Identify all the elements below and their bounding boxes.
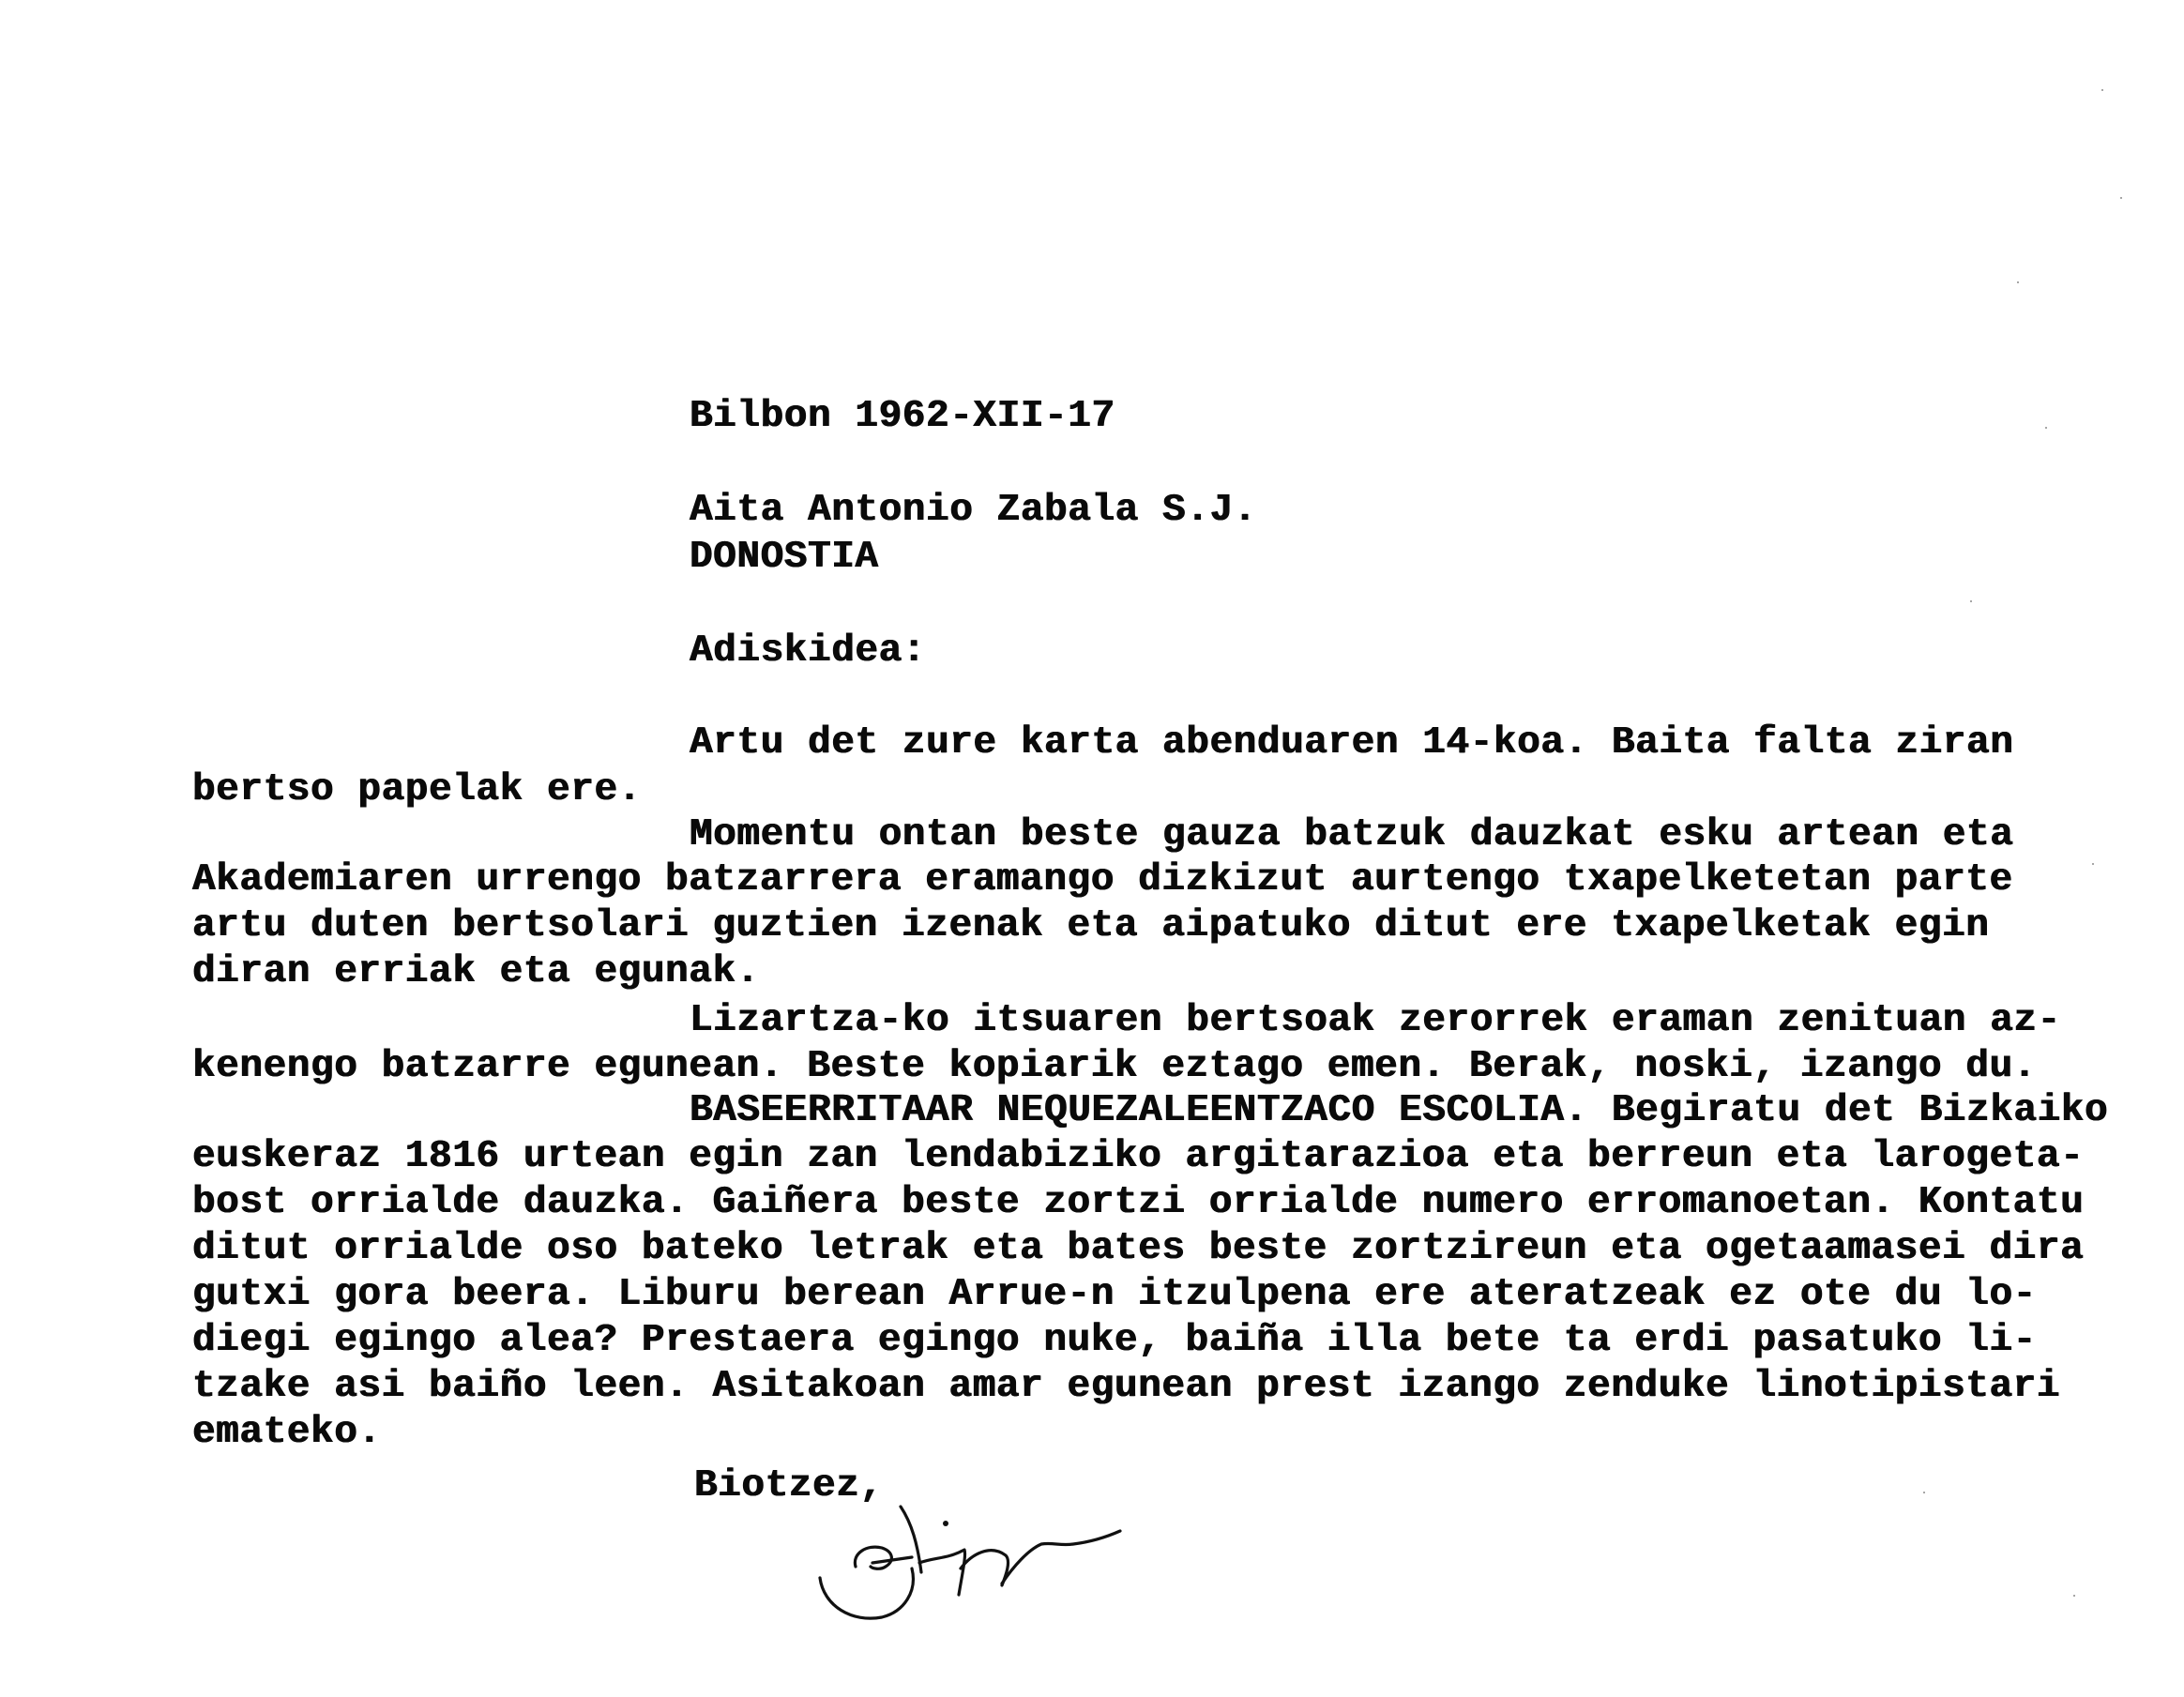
body-line: diegi egingo alea? Prestaera egingo nuke… — [192, 1318, 2037, 1363]
scan-speck — [2092, 863, 2094, 865]
body-line: artu duten bertsolari guztien izenak eta… — [192, 903, 1990, 948]
scan-speck — [2120, 197, 2122, 199]
scan-speck — [2017, 281, 2019, 283]
body-line: Lizartza-ko itsuaren bertsoak zerorrek e… — [690, 998, 2061, 1043]
body-line: ditut orrialde oso bateko letrak eta bat… — [192, 1226, 2084, 1271]
body-line: Akademiaren urrengo batzarrera eramango … — [192, 857, 2013, 902]
body-line: euskeraz 1816 urtean egin zan lendabizik… — [192, 1134, 2084, 1179]
scan-speck — [1923, 1492, 1925, 1493]
body-line: BASEERRITAAR NEQUEZALEENTZACO ESCOLIA. B… — [690, 1088, 2108, 1133]
body-line: emateko. — [192, 1410, 382, 1455]
recipient-city: DONOSTIA — [690, 535, 879, 580]
letter-page: Bilbon 1962-XII-17 Aita Antonio Zabala S… — [0, 0, 2184, 1697]
salutation: Adiskidea: — [690, 629, 926, 674]
scan-speck — [2045, 427, 2047, 429]
body-line: gutxi gora beera. Liburu berean Arrue-n … — [192, 1272, 2037, 1317]
body-line: Momentu ontan beste gauza batzuk dauzkat… — [690, 812, 2013, 857]
scan-speck — [2101, 89, 2103, 91]
body-line: kenengo batzarre egunean. Beste kopiarik… — [192, 1044, 2037, 1089]
body-line: bertso papelak ere. — [192, 767, 642, 812]
body-line: Artu det zure karta abenduaren 14-koa. B… — [690, 720, 2013, 765]
body-line: diran erriak eta egunak. — [192, 949, 760, 994]
place-date: Bilbon 1962-XII-17 — [690, 394, 1115, 439]
recipient-name: Aita Antonio Zabala S.J. — [690, 488, 1257, 533]
body-line: bost orrialde dauzka. Gaiñera beste zort… — [192, 1180, 2084, 1225]
scan-speck — [2073, 1595, 2075, 1597]
scan-speck — [1970, 600, 1972, 602]
body-line: tzake asi baiño leen. Asitakoan amar egu… — [192, 1364, 2060, 1409]
handwritten-signature-icon — [807, 1501, 1182, 1632]
